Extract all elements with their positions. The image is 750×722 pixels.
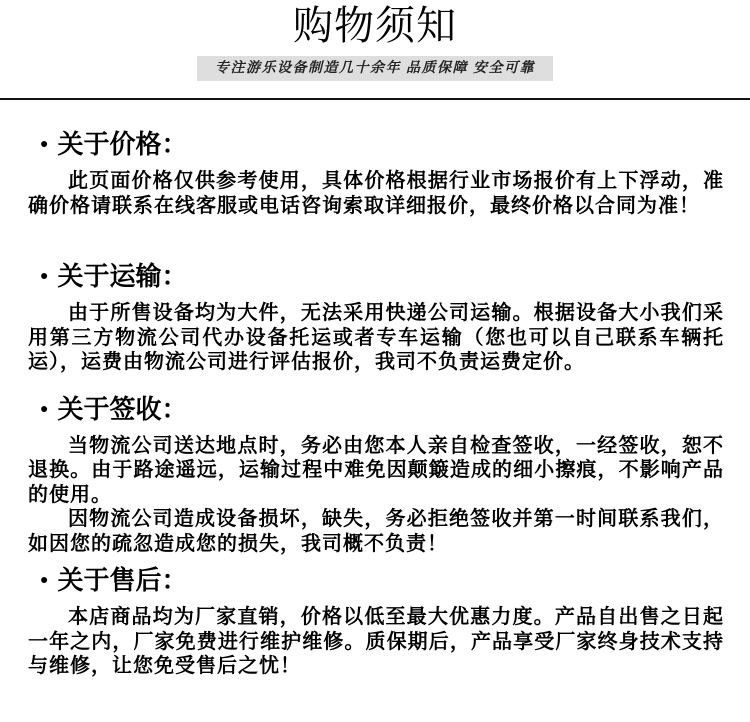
tagline-text: 专注游乐设备制造几十余年 品质保障 安全可靠 — [215, 61, 535, 76]
section-heading-text: 关于签收： — [57, 393, 187, 427]
section-about-price: ● 关于价格： 此页面价格仅供参考使用，具体价格根据行业市场报价有上下浮动，准确… — [0, 128, 750, 218]
bullet-icon: ● — [40, 270, 48, 284]
section-paragraph: 因物流公司造成设备损坏，缺失，务必拒绝签收并第一时间联系我们，如因您的疏忽造成您… — [28, 507, 724, 556]
section-about-receipt: ● 关于签收： 当物流公司送达地点时，务必由您本人亲自检查签收，一经签收，恕不退… — [0, 393, 750, 557]
section-heading-text: 关于售后： — [57, 564, 187, 598]
section-paragraph: 由于所售设备均为大件，无法采用快递公司运输。根据设备大小我们采用第三方物流公司代… — [28, 301, 724, 375]
header-divider — [0, 98, 750, 100]
section-heading-price: ● 关于价格： — [40, 128, 724, 162]
shopping-notice-page: 购物须知 专注游乐设备制造几十余年 品质保障 安全可靠 ● 关于价格： 此页面价… — [0, 3, 750, 679]
bullet-icon: ● — [40, 138, 48, 152]
tagline-banner: 专注游乐设备制造几十余年 品质保障 安全可靠 — [197, 56, 553, 81]
section-heading-text: 关于价格： — [57, 128, 187, 162]
section-paragraph: 当物流公司送达地点时，务必由您本人亲自检查签收，一经签收，恕不退换。由于路途遥远… — [28, 434, 724, 508]
section-about-aftersale: ● 关于售后： 本店商品均为厂家直销，价格以低至最大优惠力度。产品自出售之日起一… — [0, 564, 750, 679]
section-paragraph: 本店商品均为厂家直销，价格以低至最大优惠力度。产品自出售之日起一年之内，厂家免费… — [28, 605, 724, 679]
section-heading-text: 关于运输： — [57, 260, 187, 294]
section-heading-receipt: ● 关于签收： — [40, 393, 724, 427]
section-about-shipping: ● 关于运输： 由于所售设备均为大件，无法采用快递公司运输。根据设备大小我们采用… — [0, 260, 750, 375]
bullet-icon: ● — [40, 403, 48, 417]
page-title: 购物须知 — [0, 3, 750, 49]
bullet-icon: ● — [40, 574, 48, 588]
section-heading-shipping: ● 关于运输： — [40, 260, 724, 294]
section-paragraph: 此页面价格仅供参考使用，具体价格根据行业市场报价有上下浮动，准确价格请联系在线客… — [28, 169, 724, 218]
section-heading-aftersale: ● 关于售后： — [40, 564, 724, 598]
